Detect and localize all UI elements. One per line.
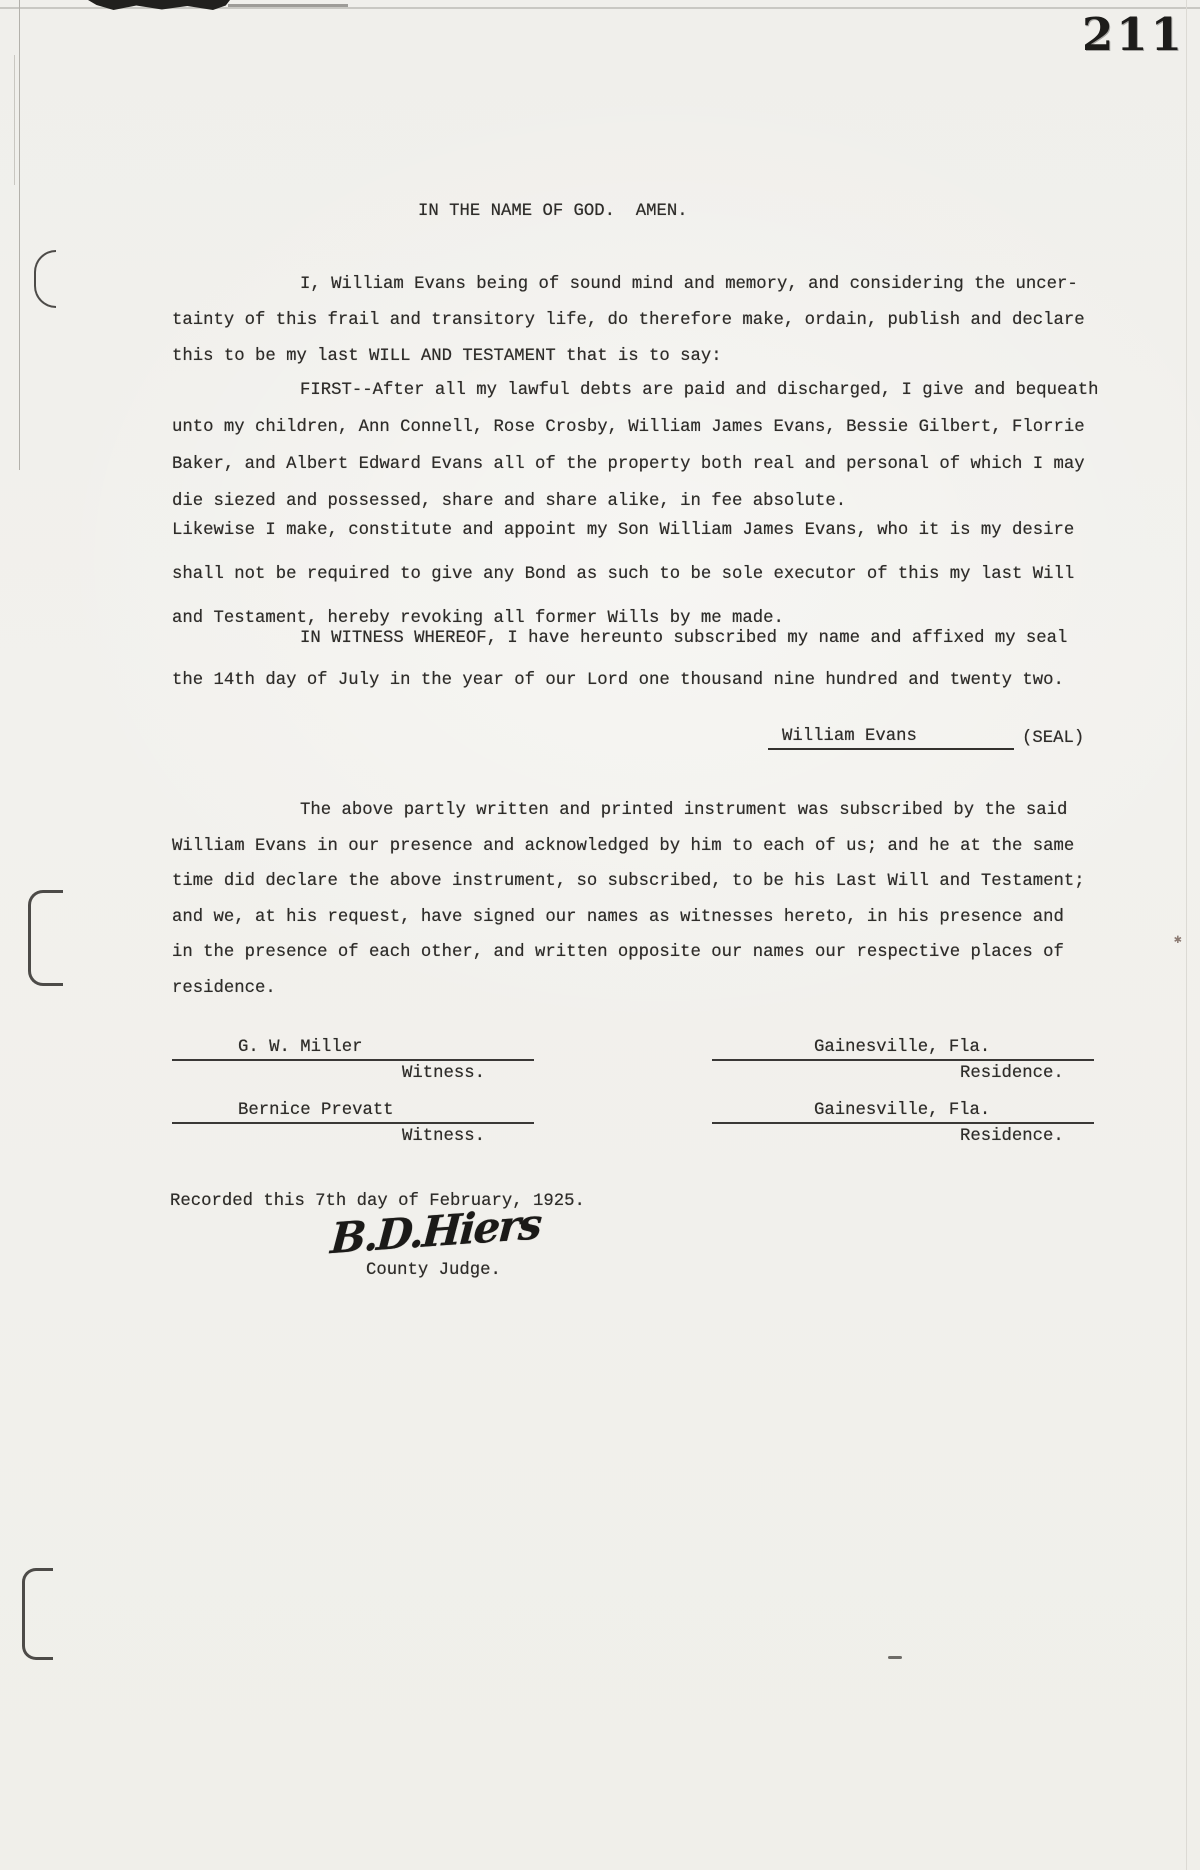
text-line: this to be my last WILL AND TESTAMENT th… — [172, 339, 1112, 375]
witness-1-residence-line: Gainesville, Fla. — [712, 1039, 1094, 1061]
witness-1-residence-label: Residence. — [960, 1064, 1064, 1083]
text-line: IN WITNESS WHEREOF, I have hereunto subs… — [172, 618, 1112, 660]
text-line: FIRST--After all my lawful debts are pai… — [172, 372, 1112, 409]
document-page: ✱ 211 IN THE NAME OF GOD. AMEN. I, Willi… — [0, 0, 1200, 1870]
judge-title: County Judge. — [366, 1261, 501, 1280]
binder-mark-top — [34, 250, 56, 308]
text-line: in the presence of each other, and writt… — [172, 935, 1112, 971]
paragraph-attestation: The above partly written and printed ins… — [172, 793, 1112, 1006]
paper-crease — [19, 0, 20, 470]
binder-mark-middle — [28, 890, 63, 986]
text-line: shall not be required to give any Bond a… — [172, 553, 1112, 597]
paragraph-first-bequest: FIRST--After all my lawful debts are pai… — [172, 372, 1112, 520]
text-line: time did declare the above instrument, s… — [172, 864, 1112, 900]
text-line: tainty of this frail and transitory life… — [172, 303, 1112, 339]
witness-1-name: G. W. Miller — [238, 1038, 362, 1057]
testator-signature-line: William Evans — [768, 727, 1014, 750]
witness-2-name: Bernice Prevatt — [238, 1101, 394, 1120]
witness-2-residence-line: Gainesville, Fla. — [712, 1102, 1094, 1124]
testator-signature: William Evans — [782, 727, 917, 746]
witness-2-signature-line: Bernice Prevatt — [172, 1102, 534, 1124]
witness-2-label: Witness. — [402, 1127, 485, 1146]
text-line: unto my children, Ann Connell, Rose Cros… — [172, 409, 1112, 446]
ink-speck: ✱ — [1174, 932, 1182, 947]
paragraph-opening: I, William Evans being of sound mind and… — [172, 267, 1112, 375]
text-line: The above partly written and printed ins… — [172, 793, 1112, 829]
witness-1-signature-line: G. W. Miller — [172, 1039, 534, 1061]
text-line: I, William Evans being of sound mind and… — [172, 267, 1112, 303]
scan-right-edge — [1186, 0, 1187, 1870]
scan-edge-line — [0, 7, 1200, 9]
text-line: William Evans in our presence and acknow… — [172, 829, 1112, 865]
document-title: IN THE NAME OF GOD. AMEN. — [418, 202, 688, 221]
text-line: Likewise I make, constitute and appoint … — [172, 509, 1112, 553]
pencil-dash — [888, 1656, 902, 1659]
witness-2-residence-label: Residence. — [960, 1127, 1064, 1146]
text-line: and we, at his request, have signed our … — [172, 900, 1112, 936]
witness-2-residence: Gainesville, Fla. — [814, 1101, 990, 1120]
witness-1-residence: Gainesville, Fla. — [814, 1038, 990, 1057]
paragraph-witness-whereof: IN WITNESS WHEREOF, I have hereunto subs… — [172, 618, 1112, 702]
paper-crease-2 — [14, 55, 15, 185]
seal-label: (SEAL) — [1022, 729, 1084, 748]
scan-edge-smudge-2 — [228, 4, 348, 7]
text-line: residence. — [172, 971, 1112, 1007]
binder-mark-bottom — [22, 1568, 53, 1660]
page-number: 211 — [1082, 8, 1185, 61]
scan-edge-smudge — [88, 0, 230, 10]
witness-1-label: Witness. — [402, 1064, 485, 1083]
text-line: the 14th day of July in the year of our … — [172, 660, 1112, 702]
text-line: Baker, and Albert Edward Evans all of th… — [172, 446, 1112, 483]
